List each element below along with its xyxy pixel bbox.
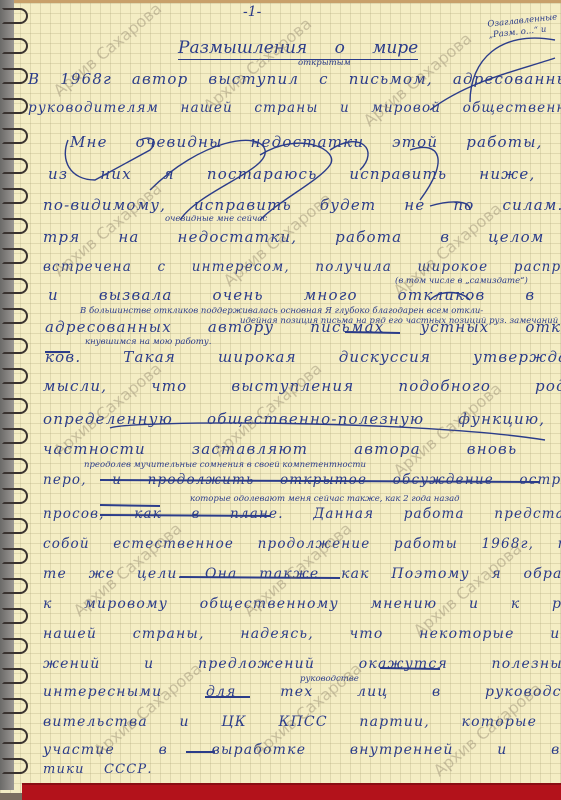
binding-ring (2, 278, 28, 294)
notebook-page (0, 0, 561, 793)
binding-ring (2, 158, 28, 174)
binding-ring (2, 68, 28, 84)
binding-ring (2, 728, 28, 744)
binding-ring (2, 548, 28, 564)
insertion: очевидные мне сейчас (165, 214, 267, 224)
text-line: и вызвала очень много откликов в печати … (48, 286, 561, 304)
binding-ring (2, 698, 28, 714)
binding-ring (2, 218, 28, 234)
text-line: перо, и продолжить открытое обсуждение о… (43, 472, 561, 488)
insertion: которые одолевают меня сейчас также, как… (190, 494, 460, 504)
text-line: частности заставляют автора вновь взятьс… (43, 440, 561, 458)
binding-ring (2, 638, 28, 654)
page-title: Размышления о мире (178, 38, 418, 60)
text-line: участие в выработке внутренней и внешней… (43, 742, 561, 758)
text-line: Мне очевидны недостатки этой работы, нек… (70, 133, 561, 151)
text-line: по-видимому, исправить будет не по силам… (43, 196, 561, 214)
binding-ring (2, 518, 28, 534)
binding-ring (2, 488, 28, 504)
binding-ring (2, 608, 28, 624)
insertion: руководстве (300, 674, 359, 684)
binding-ring (2, 308, 28, 324)
text-line: тря на недостатки, работа в целом была (43, 228, 561, 246)
binding-ring (2, 38, 28, 54)
binding-ring (2, 398, 28, 414)
text-line: определенную общественно-полезную функци… (43, 410, 561, 428)
binding-ring (2, 758, 28, 774)
binding-ring (2, 128, 28, 144)
text-line: мысли, что выступления подобного рода им… (43, 377, 561, 395)
text-line: к мировому общественному мнению и к руко… (43, 596, 561, 612)
insertion: В большинстве откликов поддерживалась ос… (80, 306, 483, 316)
text-line: вительства и ЦК КПСС партии, которые при… (43, 714, 561, 730)
binding-ring (2, 338, 28, 354)
text-line: В 1968г автор выступил с письмом, адресо… (28, 70, 561, 88)
page-number: -1- (243, 4, 261, 20)
binding-ring (2, 98, 28, 114)
text-line: нашей страны, надеясь, что некоторые из … (43, 626, 561, 642)
binding-ring (2, 188, 28, 204)
insertion: кнувшимся на мою работу. (85, 337, 211, 347)
notebook-cover-edge (22, 783, 561, 800)
text-line: те же цели. Она также как Поэтому я обра… (43, 566, 561, 582)
text-line: собой естественное продолжение работы 19… (43, 536, 561, 552)
binding-ring (2, 458, 28, 474)
binding-ring (2, 578, 28, 594)
text-line: интересными для тех лиц в руководстве пр… (43, 684, 561, 700)
text-line: жений и предложений окажутся полезными и… (43, 656, 561, 672)
insertion: идейная позиция письма на ряд его частны… (240, 316, 558, 326)
text-line: из них я постараюсь исправить ниже, друг… (48, 165, 561, 183)
binding-ring (2, 668, 28, 684)
insertion: преодолев мучительные сомнения в своей к… (84, 460, 366, 470)
binding-ring (2, 248, 28, 264)
insertion: открытым (298, 58, 351, 68)
text-line: руководителям нашей страны и мировой общ… (28, 100, 561, 116)
binding-ring (2, 428, 28, 444)
insertion: (в том числе в „самиздате“) (395, 276, 528, 286)
binding-ring (2, 8, 28, 24)
text-line: встречена с интересом, получила широкое … (43, 259, 561, 275)
binding-ring (2, 368, 28, 384)
text-line: просов, как в плане. Данная работа предс… (43, 506, 561, 522)
text-line: ков. Такая широкая дискуссия утверждает … (45, 348, 561, 366)
text-line: тики СССР. (43, 762, 153, 777)
